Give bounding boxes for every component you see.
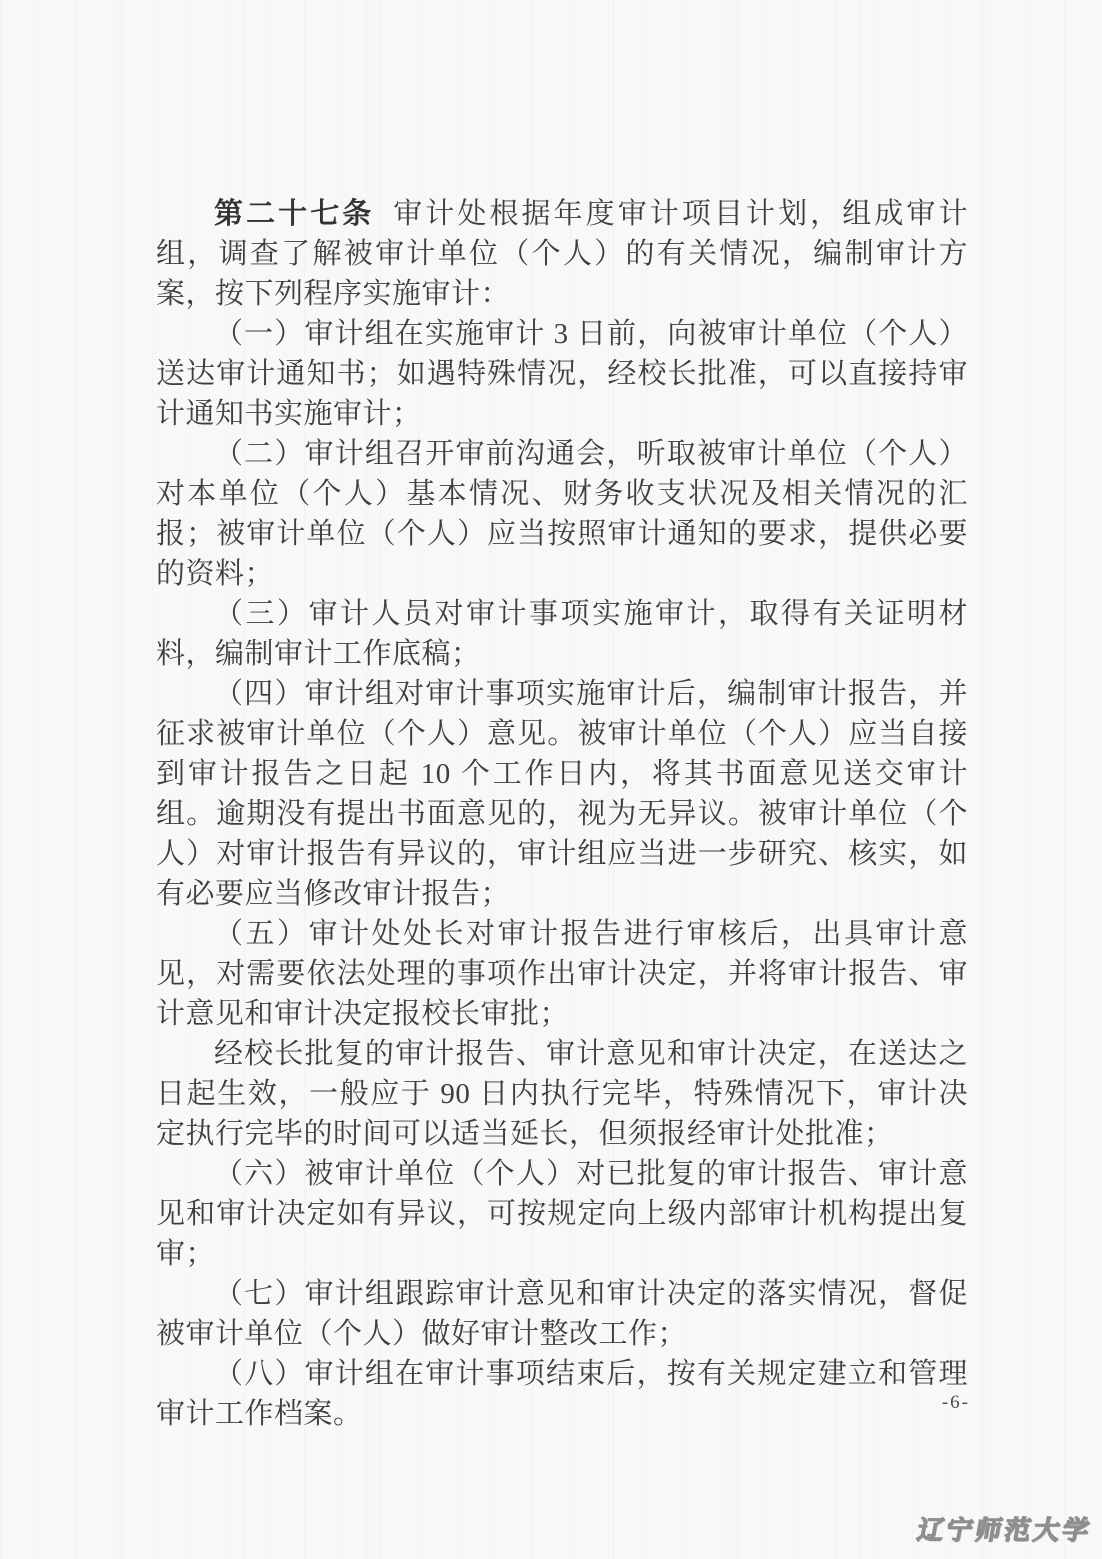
university-watermark: 辽宁师范大学 (915, 1510, 1096, 1547)
paragraph: （四）审计组对审计事项实施审计后，编制审计报告，并征求被审计单位（个人）意见。被… (156, 674, 968, 914)
paragraph: （八）审计组在审计事项结束后，按有关规定建立和管理审计工作档案。 (156, 1354, 968, 1434)
paragraph: 第二十七条审计处根据年度审计项目计划，组成审计组，调查了解被审计单位（个人）的有… (156, 194, 968, 314)
paragraph: 经校长批复的审计报告、审计意见和审计决定，在送达之日起生效，一般应于 90 日内… (156, 1034, 968, 1154)
paragraph: （七）审计组跟踪审计意见和审计决定的落实情况，督促被审计单位（个人）做好审计整改… (156, 1274, 968, 1354)
article-number-label: 第二十七条 (214, 198, 374, 230)
paragraph: （二）审计组召开审前沟通会，听取被审计单位（个人）对本单位（个人）基本情况、财务… (156, 434, 968, 594)
document-page: 第二十七条审计处根据年度审计项目计划，组成审计组，调查了解被审计单位（个人）的有… (0, 0, 1102, 1559)
document-body: 第二十七条审计处根据年度审计项目计划，组成审计组，调查了解被审计单位（个人）的有… (156, 194, 968, 1434)
paragraph: （五）审计处处长对审计报告进行审核后，出具审计意见，对需要依法处理的事项作出审计… (156, 914, 968, 1034)
paragraph: （三）审计人员对审计事项实施审计，取得有关证明材料，编制审计工作底稿； (156, 594, 968, 674)
page-number: -6- (942, 1392, 970, 1414)
paragraph: （六）被审计单位（个人）对已批复的审计报告、审计意见和审计决定如有异议，可按规定… (156, 1154, 968, 1274)
paragraph: （一）审计组在实施审计 3 日前，向被审计单位（个人）送达审计通知书；如遇特殊情… (156, 314, 968, 434)
